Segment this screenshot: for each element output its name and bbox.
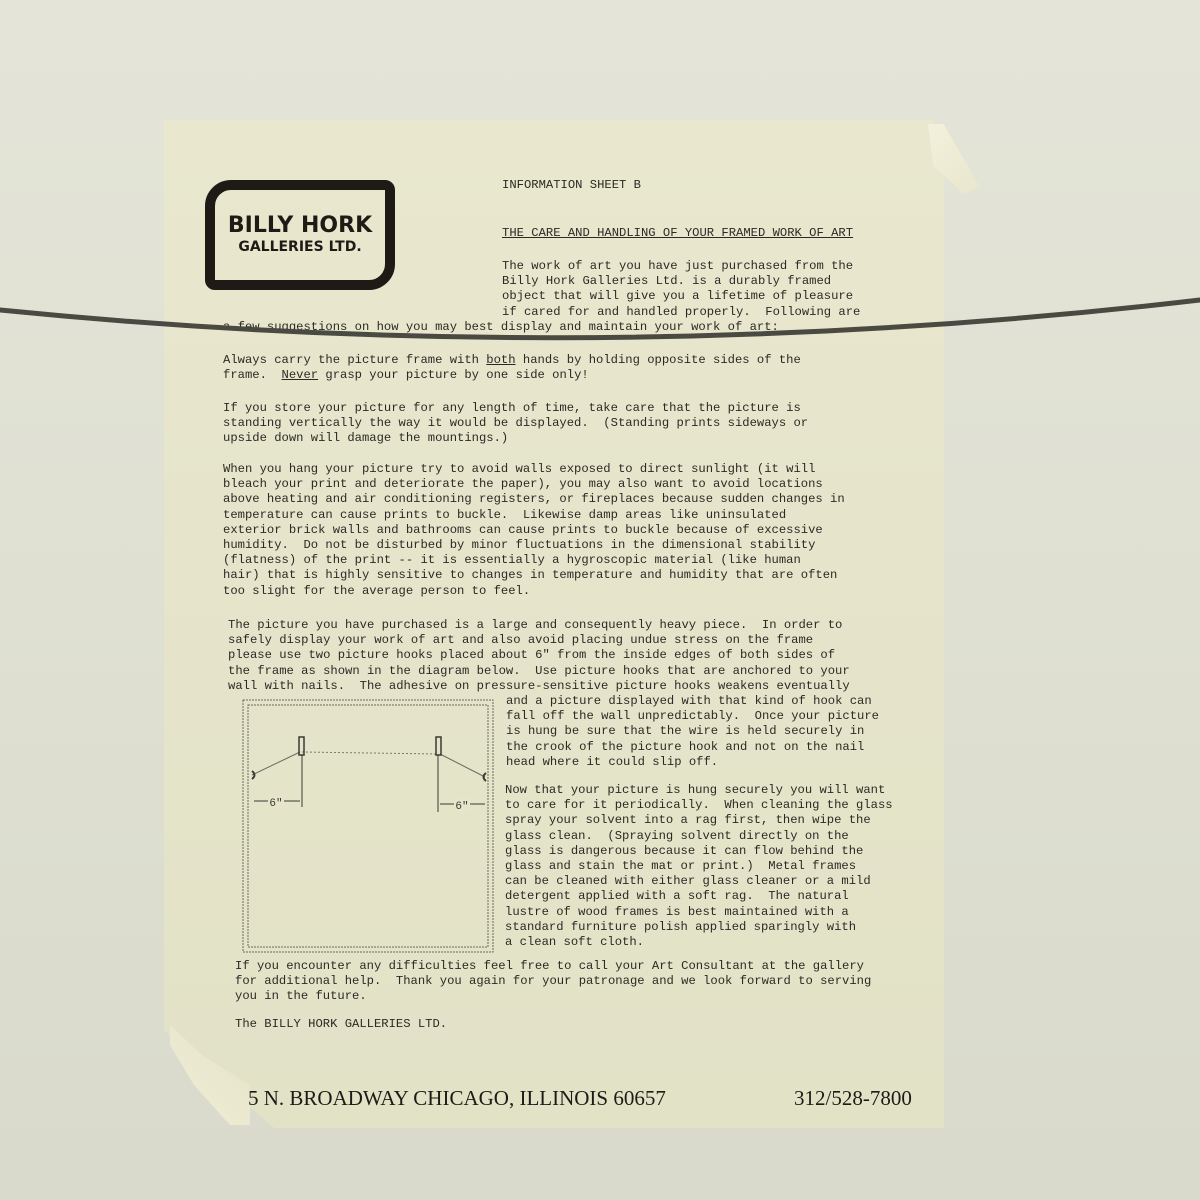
storage-paragraph: If you store your picture for any length… [223, 401, 808, 447]
right-distance-label: 6" [455, 801, 468, 813]
logo-line-1: BILLY HORK [228, 214, 372, 238]
intro-last-line: a few suggestions on how you may best di… [223, 320, 779, 335]
footer-phone: 312/528-7800 [794, 1086, 912, 1111]
text: Always carry the picture frame with [223, 353, 486, 367]
text: grasp your picture by one side only! [318, 368, 589, 382]
footer-address: 5 N. BROADWAY CHICAGO, ILLINOIS 60657 [248, 1086, 666, 1111]
cleaning-paragraph: Now that your picture is hung securely y… [505, 783, 893, 950]
sheet-title: INFORMATION SHEET B [502, 178, 641, 193]
logo-line-2: GALLERIES LTD. [238, 238, 361, 256]
intro-paragraph: The work of art you have just purchased … [502, 259, 860, 320]
care-title: THE CARE AND HANDLING OF YOUR FRAMED WOR… [502, 226, 853, 241]
gallery-logo: BILLY HORK GALLERIES LTD. [205, 180, 395, 290]
signature: The BILLY HORK GALLERIES LTD. [235, 1017, 447, 1032]
emphasis-both: both [486, 353, 515, 367]
hooks-paragraph-continued: and a picture displayed with that kind o… [506, 694, 879, 770]
carry-paragraph: Always carry the picture frame with both… [223, 353, 801, 383]
hanging-location-paragraph: When you hang your picture try to avoid … [223, 462, 845, 599]
emphasis-never: Never [282, 368, 319, 382]
hooks-paragraph: The picture you have purchased is a larg… [228, 618, 850, 694]
hanging-diagram: 6" 6" [240, 697, 496, 955]
closing-paragraph: If you encounter any difficulties feel f… [235, 959, 871, 1005]
left-distance-label: 6" [269, 798, 282, 810]
